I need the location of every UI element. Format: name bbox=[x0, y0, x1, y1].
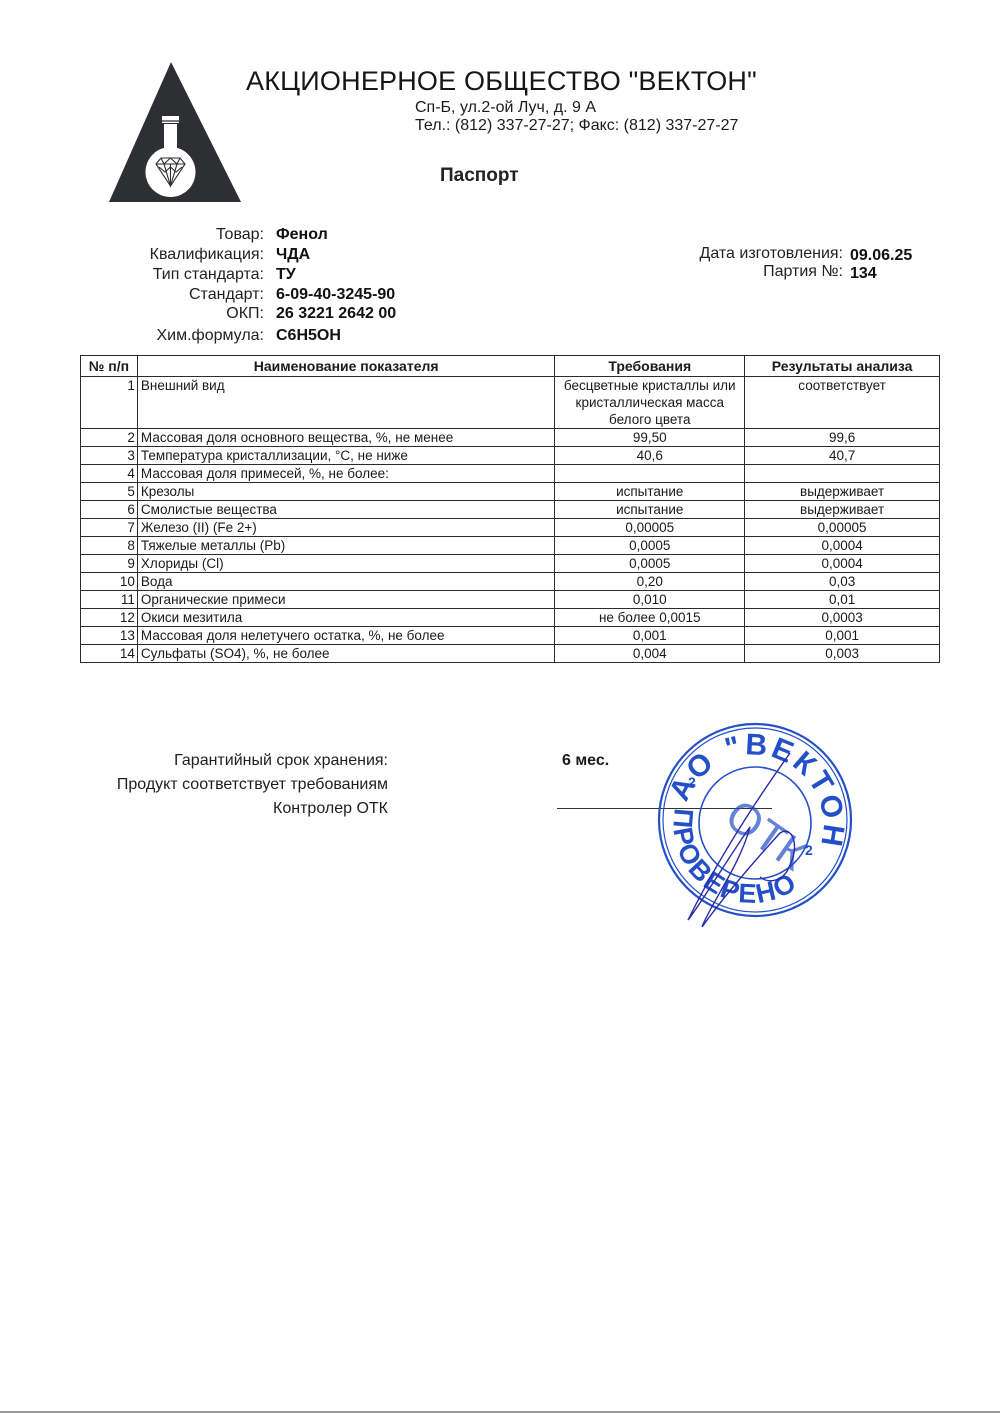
table-row: 5Крезолыиспытаниевыдерживает bbox=[81, 483, 940, 501]
table-row: 9Хлориды (Cl)0,00050,0004 bbox=[81, 555, 940, 573]
conformity-text: Продукт соответствует требованиям bbox=[117, 773, 388, 797]
table-row: 14Сульфаты (SO4), %, не более0,0040,003 bbox=[81, 645, 940, 663]
cell-indicator: Органические примеси bbox=[137, 591, 554, 609]
cell-number: 6 bbox=[81, 501, 138, 519]
cell-number: 5 bbox=[81, 483, 138, 501]
cell-requirement: испытание bbox=[555, 483, 745, 501]
cell-indicator: Крезолы bbox=[137, 483, 554, 501]
cell-requirement: 40,6 bbox=[555, 447, 745, 465]
document-title: Паспорт bbox=[440, 165, 519, 187]
cell-requirement: 0,0005 bbox=[555, 555, 745, 573]
cell-result: 0,003 bbox=[745, 645, 940, 663]
cell-number: 7 bbox=[81, 519, 138, 537]
table-row: 3Температура кристаллизации, °С, не ниже… bbox=[81, 447, 940, 465]
cell-result: 0,03 bbox=[745, 573, 940, 591]
company-logo-icon bbox=[107, 60, 243, 204]
company-name: АКЦИОНЕРНОЕ ОБЩЕСТВО "ВЕКТОН" bbox=[246, 66, 757, 97]
cell-requirement bbox=[555, 465, 745, 483]
manufacture-date-label: Дата изготовления: bbox=[700, 245, 843, 263]
cell-result: 0,00005 bbox=[745, 519, 940, 537]
field-label: Товар: bbox=[216, 226, 264, 244]
cell-number: 14 bbox=[81, 645, 138, 663]
cell-requirement: не более 0,0015 bbox=[555, 609, 745, 627]
field-value: 6-09-40-3245-90 bbox=[276, 286, 395, 304]
table-row: 6Смолистые веществаиспытаниевыдерживает bbox=[81, 501, 940, 519]
header-results: Результаты анализа bbox=[745, 356, 940, 377]
field-value: C6H5OH bbox=[276, 327, 341, 345]
cell-number: 8 bbox=[81, 537, 138, 555]
stamp-center-text: ОТК bbox=[717, 790, 816, 880]
cell-number: 9 bbox=[81, 555, 138, 573]
cell-number: 10 bbox=[81, 573, 138, 591]
cell-indicator: Температура кристаллизации, °С, не ниже bbox=[137, 447, 554, 465]
cell-result: 0,0004 bbox=[745, 555, 940, 573]
cell-number: 3 bbox=[81, 447, 138, 465]
cell-requirement: 0,00005 bbox=[555, 519, 745, 537]
field-value: ТУ bbox=[276, 266, 296, 284]
cell-requirement: 0,001 bbox=[555, 627, 745, 645]
cell-requirement: 0,20 bbox=[555, 573, 745, 591]
cell-indicator: Внешний вид bbox=[137, 377, 554, 429]
table-header-row: № п/п Наименование показателя Требования… bbox=[81, 356, 940, 377]
cell-result bbox=[745, 465, 940, 483]
cell-result: 0,01 bbox=[745, 591, 940, 609]
cell-indicator: Вода bbox=[137, 573, 554, 591]
table-row: 8Тяжелые металлы (Pb)0,00050,0004 bbox=[81, 537, 940, 555]
cell-result: 99,6 bbox=[745, 429, 940, 447]
footer-labels: Гарантийный срок хранения: Продукт соотв… bbox=[117, 749, 388, 821]
table-row: 1Внешний видбесцветные кристаллы или кри… bbox=[81, 377, 940, 429]
field-value: Фенол bbox=[276, 226, 328, 244]
cell-indicator: Массовая доля основного вещества, %, не … bbox=[137, 429, 554, 447]
company-contacts: Сп-Б, ул.2-ой Луч, д. 9 А Тел.: (812) 33… bbox=[415, 99, 738, 135]
table-row: 11Органические примеси0,0100,01 bbox=[81, 591, 940, 609]
batch-label: Партия №: bbox=[763, 263, 843, 281]
cell-requirement: 99,50 bbox=[555, 429, 745, 447]
header-requirements: Требования bbox=[555, 356, 745, 377]
field-label: Стандарт: bbox=[189, 286, 264, 304]
cell-result: 0,001 bbox=[745, 627, 940, 645]
cell-indicator: Окиси мезитила bbox=[137, 609, 554, 627]
cell-number: 1 bbox=[81, 377, 138, 429]
cell-result: выдерживает bbox=[745, 483, 940, 501]
cell-requirement: 0,0005 bbox=[555, 537, 745, 555]
cell-indicator: Сульфаты (SO4), %, не более bbox=[137, 645, 554, 663]
stamp-number-right: 2 bbox=[805, 842, 813, 858]
field-label: Квалификация: bbox=[150, 246, 264, 264]
table-row: 7Железо (II) (Fe 2+)0,000050,00005 bbox=[81, 519, 940, 537]
table-row: 12Окиси мезитилане более 0,00150,0003 bbox=[81, 609, 940, 627]
controller-label: Контролер ОТК bbox=[117, 797, 388, 821]
cell-requirement: испытание bbox=[555, 501, 745, 519]
cell-number: 2 bbox=[81, 429, 138, 447]
field-label: Тип стандарта: bbox=[153, 266, 264, 284]
cell-number: 4 bbox=[81, 465, 138, 483]
field-value: 26 3221 2642 00 bbox=[276, 305, 396, 323]
cell-indicator: Тяжелые металлы (Pb) bbox=[137, 537, 554, 555]
cell-indicator: Массовая доля нелетучего остатка, %, не … bbox=[137, 627, 554, 645]
cell-indicator: Смолистые вещества bbox=[137, 501, 554, 519]
cell-requirement: 0,010 bbox=[555, 591, 745, 609]
table-row: 4Массовая доля примесей, %, не более: bbox=[81, 465, 940, 483]
field-label: Хим.формула: bbox=[156, 327, 264, 345]
table-row: 2Массовая доля основного вещества, %, не… bbox=[81, 429, 940, 447]
cell-requirement: бесцветные кристаллы или кристаллическая… bbox=[555, 377, 745, 429]
manufacture-date-value: 09.06.25 bbox=[850, 247, 912, 265]
cell-indicator: Массовая доля примесей, %, не более: bbox=[137, 465, 554, 483]
phone-line: Тел.: (812) 337-27-27; Факс: (812) 337-2… bbox=[415, 117, 738, 135]
cell-result: выдерживает bbox=[745, 501, 940, 519]
table-row: 10Вода0,200,03 bbox=[81, 573, 940, 591]
cell-number: 13 bbox=[81, 627, 138, 645]
cell-indicator: Хлориды (Cl) bbox=[137, 555, 554, 573]
cell-result: 0,0004 bbox=[745, 537, 940, 555]
round-stamp-icon: АО "ВЕКТОН" ПРОВЕРЕНО ОТК 2 2 bbox=[640, 705, 865, 935]
address-line: Сп-Б, ул.2-ой Луч, д. 9 А bbox=[415, 99, 738, 117]
field-value: ЧДА bbox=[276, 246, 310, 264]
page-bottom-edge bbox=[0, 1411, 1000, 1413]
cell-indicator: Железо (II) (Fe 2+) bbox=[137, 519, 554, 537]
table-row: 13Массовая доля нелетучего остатка, %, н… bbox=[81, 627, 940, 645]
header-number: № п/п bbox=[81, 356, 138, 377]
header-indicator: Наименование показателя bbox=[137, 356, 554, 377]
field-label: ОКП: bbox=[226, 305, 264, 323]
cell-result: соответствует bbox=[745, 377, 940, 429]
batch-value: 134 bbox=[850, 265, 877, 283]
stamp-number-left: 2 bbox=[688, 774, 696, 790]
shelf-life-value: 6 мес. bbox=[562, 749, 609, 773]
cell-result: 40,7 bbox=[745, 447, 940, 465]
cell-number: 12 bbox=[81, 609, 138, 627]
shelf-life-label: Гарантийный срок хранения: bbox=[117, 749, 388, 773]
cell-requirement: 0,004 bbox=[555, 645, 745, 663]
analysis-table: № п/п Наименование показателя Требования… bbox=[80, 355, 940, 663]
cell-result: 0,0003 bbox=[745, 609, 940, 627]
cell-number: 11 bbox=[81, 591, 138, 609]
